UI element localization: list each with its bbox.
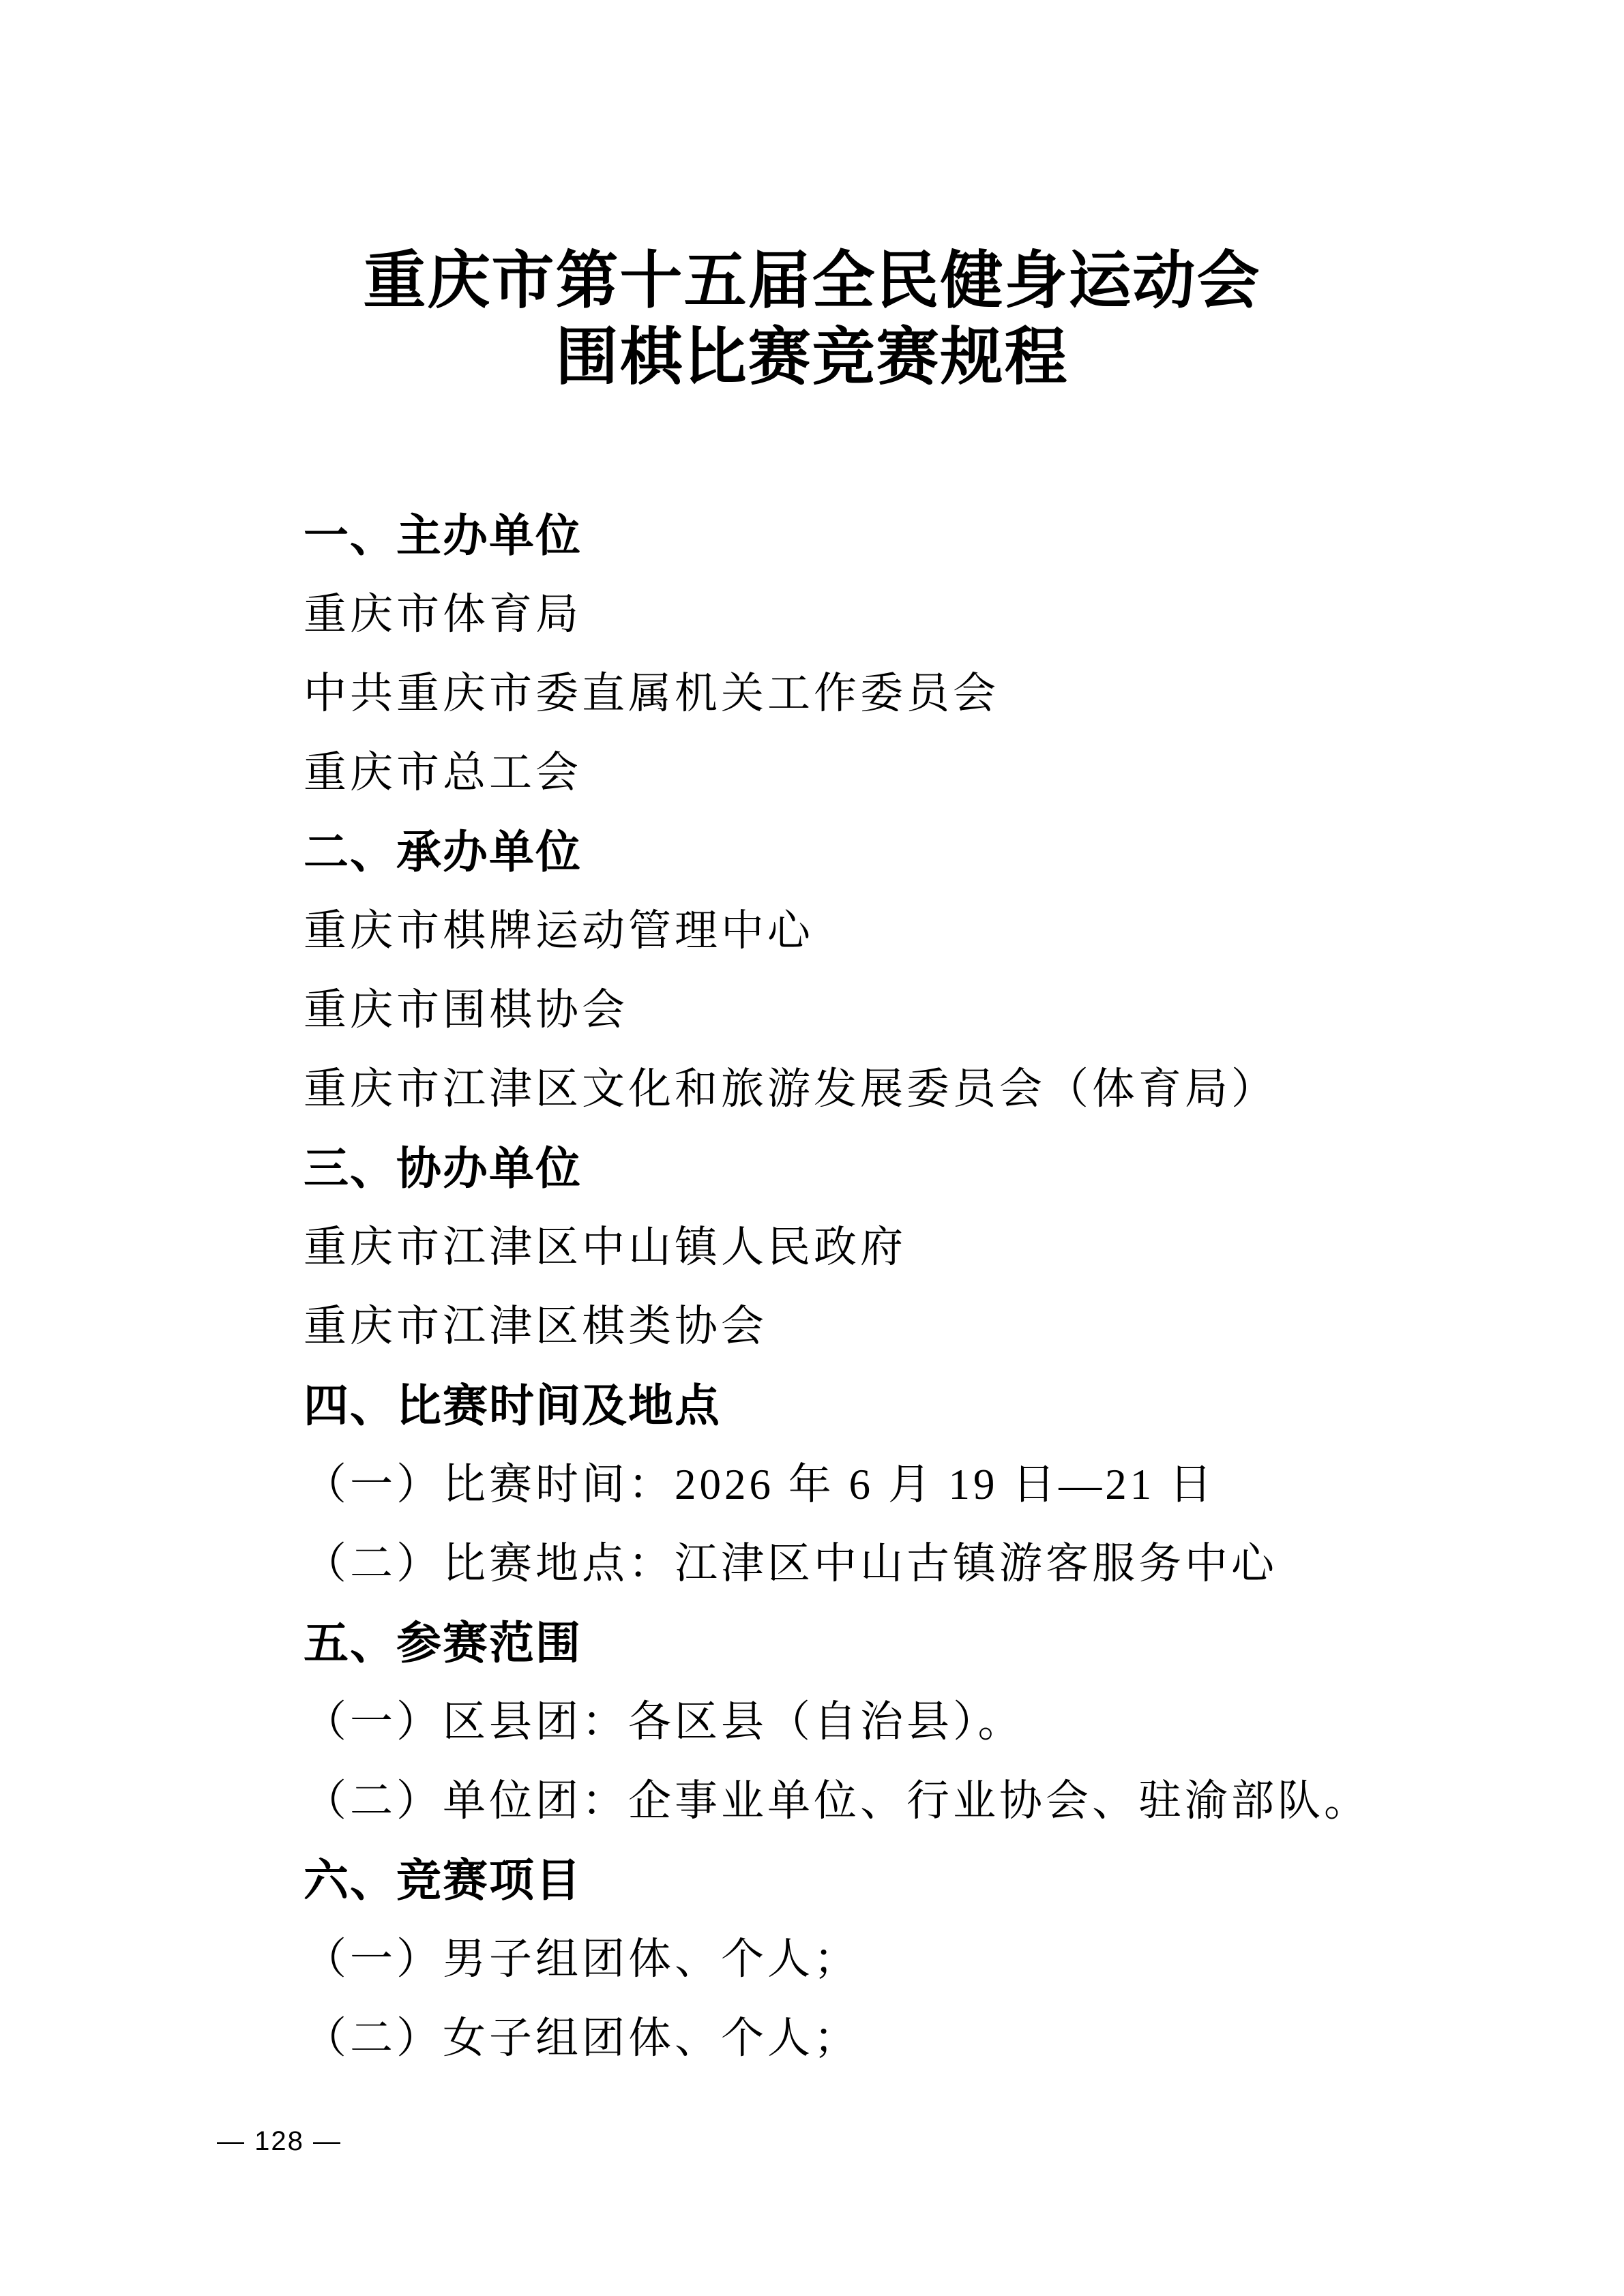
section-2-line-1: 重庆市棋牌运动管理中心 (304, 887, 1488, 966)
section-5-heading: 五、参赛范围 (304, 1599, 1488, 1678)
section-6-line-2: （二）女子组团体、个人； (304, 1995, 1488, 2074)
section-1-line-2: 中共重庆市委直属机关工作委员会 (304, 650, 1488, 729)
section-2-line-2: 重庆市围棋协会 (304, 966, 1488, 1045)
section-1-line-1: 重庆市体育局 (304, 571, 1488, 650)
section-3-heading: 三、协办单位 (304, 1124, 1488, 1204)
document-title-line-2: 围棋比赛竞赛规程 (0, 319, 1624, 396)
section-1-line-3: 重庆市总工会 (304, 729, 1488, 808)
section-4-line-1: （一）比赛时间：2026 年 6 月 19 日—21 日 (304, 1441, 1488, 1520)
section-6-line-1: （一）男子组团体、个人； (304, 1915, 1488, 1995)
document-body: 一、主办单位 重庆市体育局 中共重庆市委直属机关工作委员会 重庆市总工会 二、承… (304, 492, 1488, 2074)
section-6-heading: 六、竞赛项目 (304, 1836, 1488, 1915)
document-page: 重庆市第十五届全民健身运动会 围棋比赛竞赛规程 一、主办单位 重庆市体育局 中共… (0, 0, 1624, 2296)
document-title-line-1: 重庆市第十五届全民健身运动会 (0, 243, 1624, 319)
section-3-line-2: 重庆市江津区棋类协会 (304, 1283, 1488, 1362)
section-1-heading: 一、主办单位 (304, 492, 1488, 571)
page-number: — 128 — (217, 2126, 342, 2156)
section-5-line-1: （一）区县团：各区县（自治县）。 (304, 1678, 1488, 1757)
section-4-line-2: （二）比赛地点：江津区中山古镇游客服务中心 (304, 1520, 1488, 1599)
section-3-line-1: 重庆市江津区中山镇人民政府 (304, 1204, 1488, 1283)
document-title: 重庆市第十五届全民健身运动会 围棋比赛竞赛规程 (0, 243, 1624, 396)
section-4-heading: 四、比赛时间及地点 (304, 1362, 1488, 1441)
section-2-heading: 二、承办单位 (304, 808, 1488, 887)
section-2-line-3: 重庆市江津区文化和旅游发展委员会（体育局） (304, 1045, 1488, 1124)
section-5-line-2: （二）单位团：企事业单位、行业协会、驻渝部队。 (304, 1757, 1488, 1836)
